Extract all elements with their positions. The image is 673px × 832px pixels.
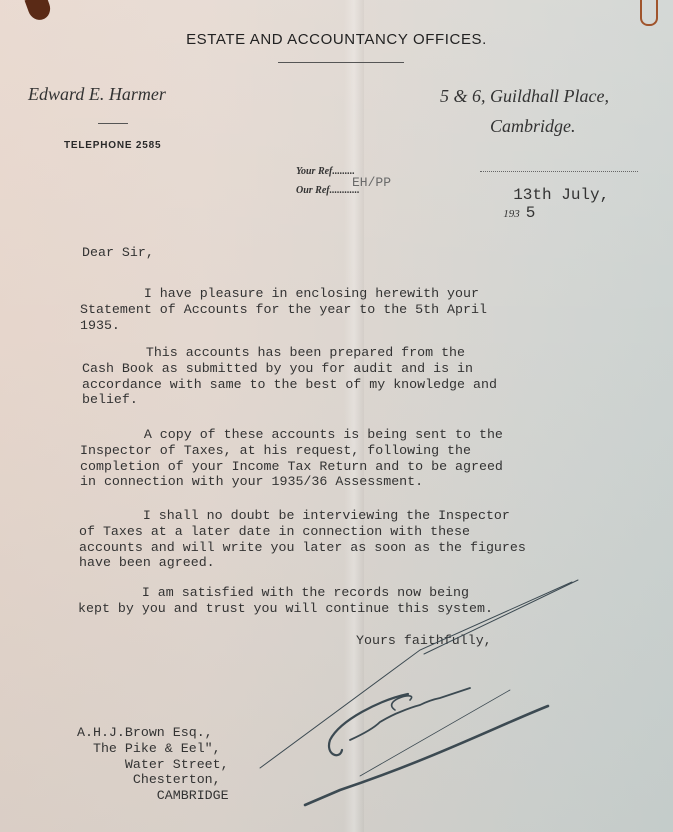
signature [0, 0, 673, 832]
signature-underline [305, 706, 548, 805]
signature-upper-stroke [260, 582, 572, 768]
